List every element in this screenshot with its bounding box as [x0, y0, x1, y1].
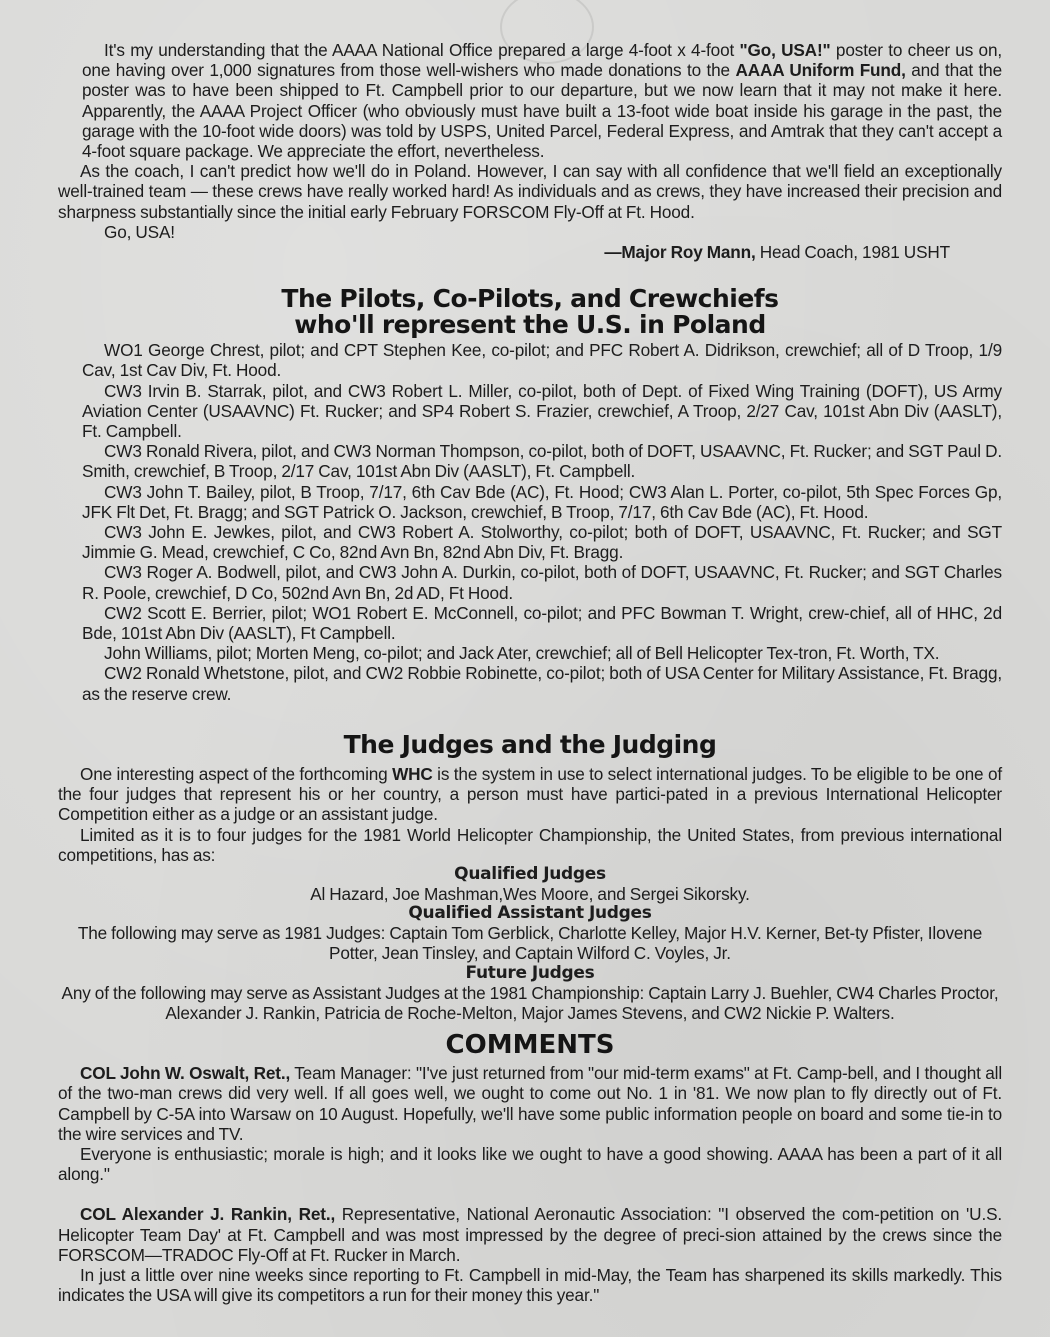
comment-oswalt-continued: Everyone is enthusiastic; morale is high… — [58, 1144, 1002, 1184]
crews-section-title: The Pilots, Co-Pilots, and Crewchiefs wh… — [58, 286, 1002, 338]
crew-paragraph: CW3 Roger A. Bodwell, pilot, and CW3 Joh… — [82, 562, 1002, 602]
signoff: —Major Roy Mann, Head Coach, 1981 USHT — [82, 242, 1002, 262]
signoff-title: Head Coach, 1981 USHT — [756, 242, 950, 262]
crew-paragraph: CW2 Scott E. Berrier, pilot; WO1 Robert … — [82, 603, 1002, 643]
crews-list: WO1 George Chrest, pilot; and CPT Stephe… — [58, 340, 1002, 704]
uniform-fund-emphasis: AAAA Uniform Fund, — [735, 60, 905, 80]
crew-paragraph: CW3 John E. Jewkes, pilot, and CW3 Rober… — [82, 522, 1002, 562]
document-page: It's my understanding that the AAAA Nati… — [58, 40, 1002, 1305]
crew-paragraph: John Williams, pilot; Morten Meng, co-pi… — [82, 643, 1002, 663]
intro-paragraph-2: As the coach, I can't predict how we'll … — [58, 161, 1002, 222]
comment-rankin-continued: In just a little over nine weeks since r… — [58, 1265, 1002, 1305]
crew-paragraph: CW3 John T. Bailey, pilot, B Troop, 7/17… — [82, 482, 1002, 522]
spacer — [58, 1184, 1002, 1204]
judges-section: One interesting aspect of the forthcomin… — [58, 764, 1002, 1023]
judges-paragraph-2: Limited as it is to four judges for the … — [58, 825, 1002, 865]
comment-rankin: COL Alexander J. Rankin, Ret., Represent… — [58, 1204, 1002, 1265]
intro-paragraph-3: Go, USA! — [82, 222, 1002, 242]
qualified-judges-heading: Qualified Judges — [58, 865, 1002, 884]
qualified-judges-list: Al Hazard, Joe Mashman,Wes Moore, and Se… — [58, 884, 1002, 904]
comments-section: COL John W. Oswalt, Ret., Team Manager: … — [58, 1063, 1002, 1305]
future-judges-heading: Future Judges — [58, 964, 1002, 983]
coach-letter: It's my understanding that the AAAA Nati… — [58, 40, 1002, 262]
assistant-judges-list: The following may serve as 1981 Judges: … — [58, 923, 1002, 963]
commenter-name: COL Alexander J. Rankin, Ret., — [80, 1204, 335, 1224]
crew-paragraph: CW3 Ronald Rivera, pilot, and CW3 Norman… — [82, 441, 1002, 481]
signoff-name: —Major Roy Mann, — [604, 242, 755, 262]
intro-paragraph-1: It's my understanding that the AAAA Nati… — [82, 40, 1002, 161]
crew-paragraph: CW3 Irvin B. Starrak, pilot, and CW3 Rob… — [82, 381, 1002, 442]
comment-oswalt: COL John W. Oswalt, Ret., Team Manager: … — [58, 1063, 1002, 1144]
go-usa-emphasis: "Go, USA!" — [740, 40, 831, 60]
commenter-name: COL John W. Oswalt, Ret., — [80, 1063, 290, 1083]
future-judges-list: Any of the following may serve as Assist… — [58, 983, 1002, 1023]
judges-paragraph-1: One interesting aspect of the forthcomin… — [58, 764, 1002, 825]
whc-emphasis: WHC — [392, 764, 433, 784]
judges-section-title: The Judges and the Judging — [58, 732, 1002, 758]
crew-paragraph: WO1 George Chrest, pilot; and CPT Stephe… — [82, 340, 1002, 380]
assistant-judges-heading: Qualified Assistant Judges — [58, 904, 1002, 923]
comments-section-title: COMMENTS — [58, 1035, 1002, 1055]
crew-paragraph: CW2 Ronald Whetstone, pilot, and CW2 Rob… — [82, 663, 1002, 703]
